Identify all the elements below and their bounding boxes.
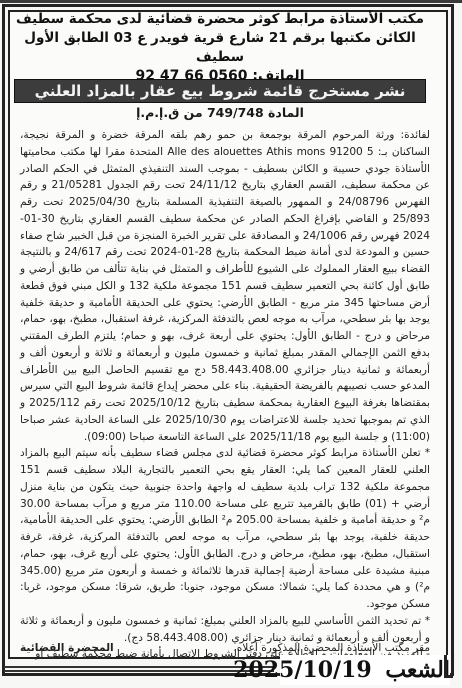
notice-header: مكتب الأستاذة مرابط كوثر محضرة قضائية لد…: [8, 10, 432, 86]
notice-title-banner: نشر مستخرج قائمة شروط بيع عقار بالمزاد ا…: [14, 79, 426, 103]
signature: المحضرة القضائية: [20, 640, 114, 656]
newspaper-name: الشعب: [385, 657, 450, 683]
publication-date: 2025/10/19: [233, 657, 372, 683]
legal-article-reference: المادة 749/748 من ق.إ.م.إ: [8, 104, 432, 122]
closing-row: مقر مكتب الأستاذة المحضرة المذكورة أعلاه…: [20, 640, 430, 656]
footer-corner-bracket: [444, 655, 453, 678]
office-address: الكائن مكتبها برقم 21 شارع قرية فويدر ع …: [8, 29, 432, 67]
office-name: مكتب الأستاذة مرابط كوثر محضرة قضائية لد…: [8, 10, 432, 29]
body-paragraph-2: * تعلن الأستاذة مرابط كوثر محضرة قضائية …: [20, 445, 430, 613]
top-rule-divider: [0, 0, 462, 3]
newspaper-source-tag: الشعب 2025/10/19: [280, 655, 450, 685]
body-paragraph-1: لفائدة: ورثة المرحوم المرقة بوجمعة بن حم…: [20, 127, 430, 445]
newspaper-clipping: مكتب الأستاذة مرابط كوثر محضرة قضائية لد…: [0, 0, 462, 688]
notice-body: لفائدة: ورثة المرحوم المرقة بوجمعة بن حم…: [20, 127, 430, 663]
closing-line: مقر مكتب الأستاذة المحضرة المذكورة أعلاه…: [233, 642, 430, 654]
